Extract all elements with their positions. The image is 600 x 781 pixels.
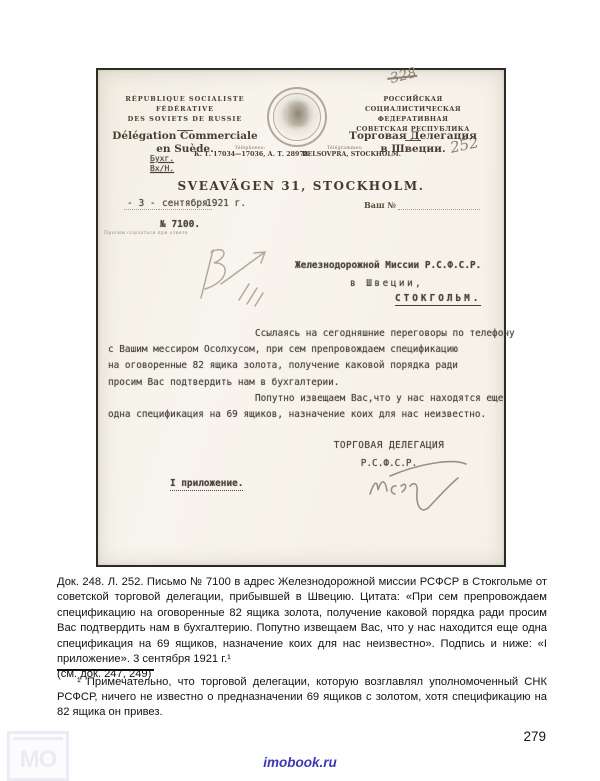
logo-letters: MO [10,746,66,774]
body-line: с Вашим мессиром Осолхусом, при сем преп… [108,342,502,358]
figure-caption: Док. 248. Л. 252. Письмо № 7100 в адрес … [57,575,547,683]
body-line: Ссылаясь на сегодняшние переговоры по те… [108,326,502,342]
phones-block: Téléphones: К. Т. 17034—17036, А. Т. 289… [194,146,306,158]
refer-note: Просим ссылаться при ответе [104,231,188,236]
letterhead-ru-line: РОССИЙСКАЯ СОЦИАЛИСТИЧЕСКАЯ [346,94,480,114]
org-name-ru: Торговая Делегация [346,130,480,143]
body-line: Попутно извещаем Вас,что у нас находятся… [108,391,502,407]
round-seal-emblem [267,87,327,147]
handwritten-check-mark [193,238,279,314]
telegrams-block: Télégrammes: DELSOVPRA, STOCKHOLM. [302,146,388,158]
recipient-country: в Швеции, [350,278,423,289]
enclosure-note: I приложение. [170,478,243,491]
signing-org: ТОРГОВАЯ ДЕЛЕГАЦИЯ [314,440,464,451]
letterhead-fr-line: RÉPUBLIQUE SOCIALISTE [106,94,264,104]
your-number-label: Ваш № [364,200,396,210]
street-address: SVEAVÄGEN 31, STOCKHOLM. [98,179,504,193]
ref-line: Бухг. [150,154,174,164]
date-year: 1921 г. [206,198,246,209]
date-month: сентября [158,198,212,210]
letter-body: Ссылаясь на сегодняшние переговоры по те… [108,326,502,423]
letterhead-french: RÉPUBLIQUE SOCIALISTE FÉDÉRATIVE DES SOV… [106,94,264,134]
outgoing-number: № 7100. [160,219,200,230]
your-number-blank-line [398,200,480,210]
letterhead-fr-line: DES SOVIETS DE RUSSIE [106,114,264,124]
recipient-org: Железнодорожной Миссии Р.С.Ф.С.Р. [295,260,481,271]
phones-value: К. Т. 17034—17036, А. Т. 28978. [194,151,306,158]
date-day: - 3 - [124,198,159,210]
page-number: 279 [523,729,546,744]
caption-text: Док. 248. Л. 252. Письмо № 7100 в адрес … [57,576,547,665]
archival-number-crossed: 328 [388,65,418,87]
body-line: одна спецификация на 69 ящиков, назначен… [108,407,502,423]
recipient-city: СТОКГОЛЬМ. [395,293,481,306]
org-name-fr: Délégation Commerciale [106,130,264,143]
book-page: 328 252 RÉPUBLIQUE SOCIALISTE FÉDÉRATIVE… [0,0,600,781]
body-line: просим Вас подтвердить нам в бухгалтерии… [108,375,502,391]
letter-scan: 328 252 RÉPUBLIQUE SOCIALISTE FÉDÉRATIVE… [96,68,506,567]
footnote-text: ¹ Примечательно, что торговой делегации,… [57,675,547,721]
department-reference: Бухг. Вх/Н. [150,154,174,174]
footnote-divider [57,669,154,671]
ref-line: Вх/Н. [150,164,174,174]
publisher-logo-watermark: MO [7,731,69,781]
site-watermark-link[interactable]: imobook.ru [0,755,600,770]
letterhead-ru-line: ФЕДЕРАТИВНАЯ [346,114,480,124]
logo-bar [13,737,63,740]
handwritten-signature [360,452,472,518]
telegrams-value: DELSOVPRA, STOCKHOLM. [302,151,388,158]
body-line: на оговоренные 82 ящика золота, получени… [108,358,502,374]
letterhead-fr-line: FÉDÉRATIVE [106,104,264,114]
